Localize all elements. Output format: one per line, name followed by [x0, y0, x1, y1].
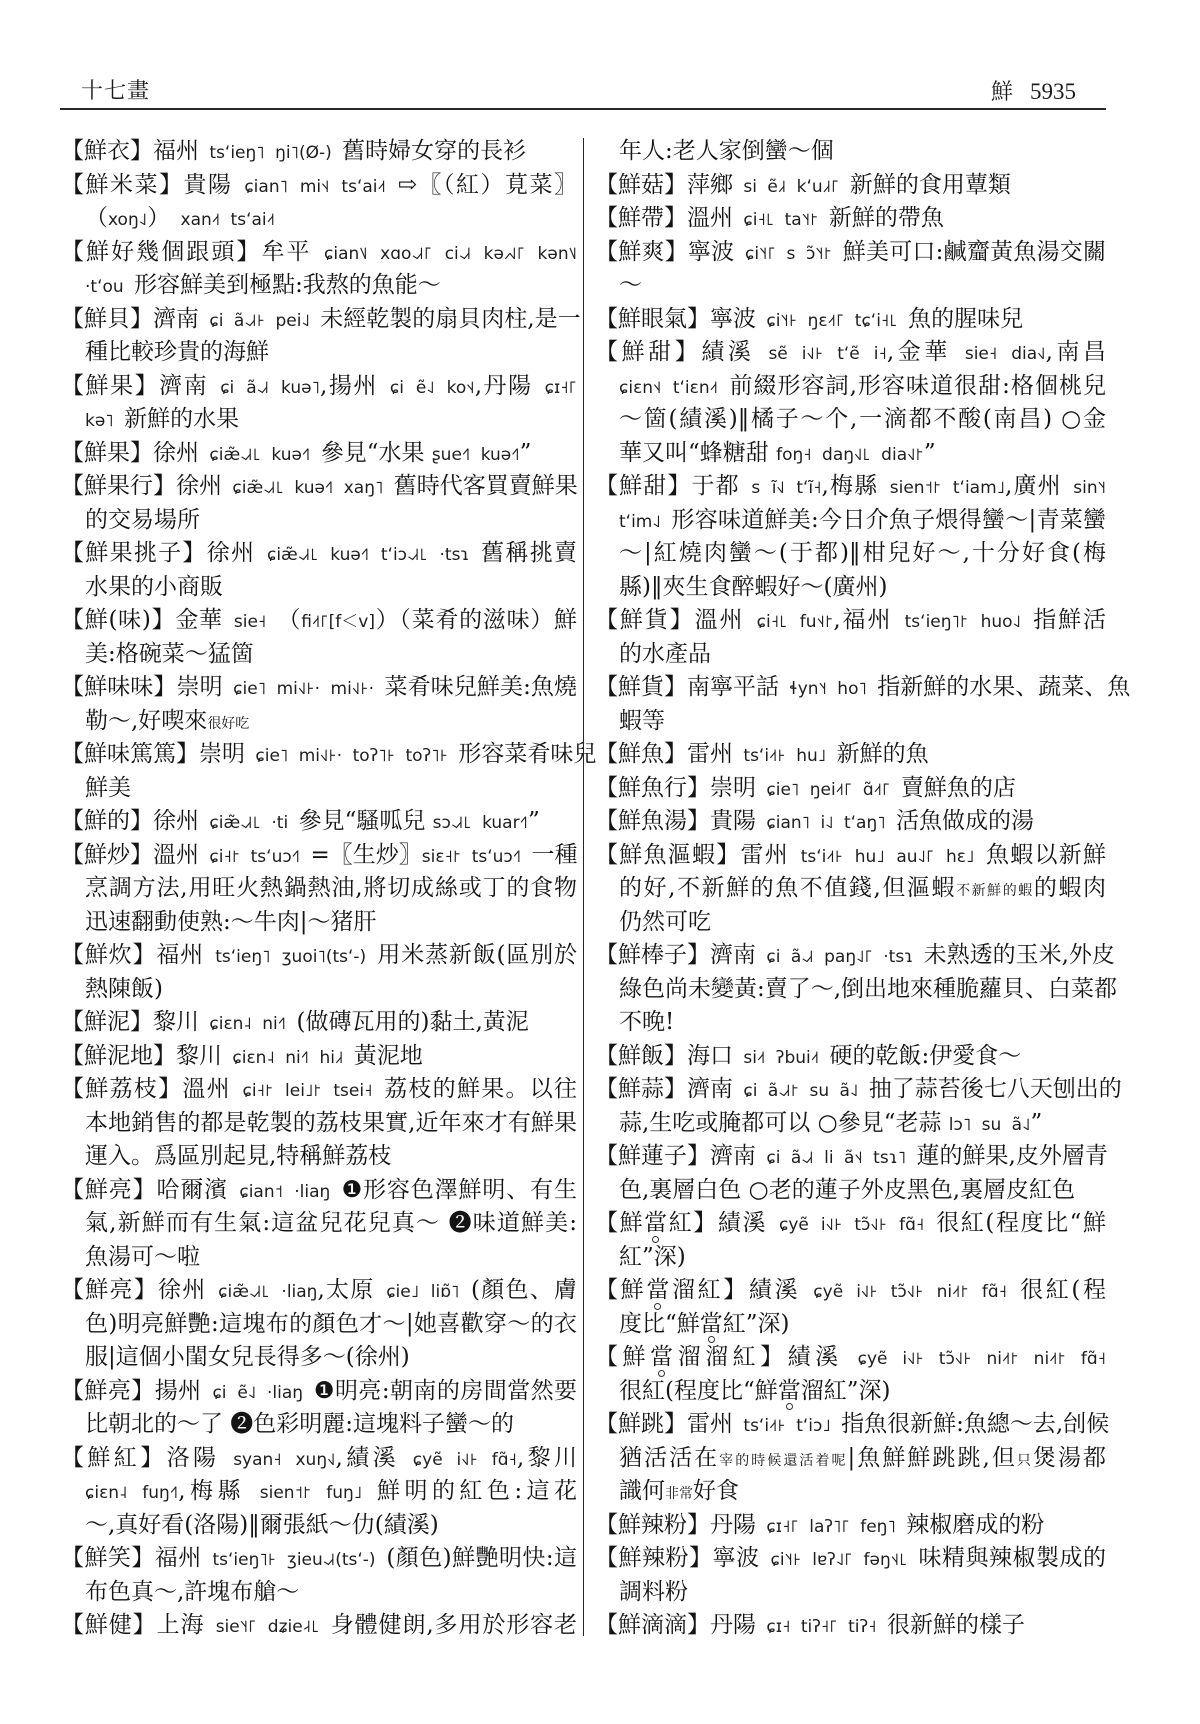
headword: 【鮮亮】	[61, 1277, 158, 1303]
headword: 【鮮	[595, 1344, 650, 1370]
entry-first-line: 【鮮笑】福州 tsʻieŋ˥꜔ ʒieu˨˩˧(tsʻ-) (顏色)鮮艷明快:這	[61, 1542, 577, 1576]
entry-continuation-line: ɕiɛn˦˨ tʻiɛn˨˦ 前綴形容詞,形容味道很甜:格個桃兒	[595, 370, 1106, 404]
phonetic-transcription: tsʻieŋ˥꜓ huo˨˩	[892, 612, 1033, 632]
definition-text: 荔枝的鮮果。以往	[384, 1076, 577, 1102]
headword: 【鮮荔枝】	[61, 1076, 182, 1102]
phonetic-transcription: sien˦꜓ tʻiam˩	[878, 478, 1005, 498]
definition-text: 抽了蒜苔後七八天刨出的	[869, 1076, 1122, 1102]
header-rule	[60, 108, 1106, 110]
entry-continuation-line: 色,裏層白色 ○老的蓮子外皮黑色,裏層皮紅色	[595, 1174, 1106, 1208]
entry-continuation-line: 運入。爲區別起見,特稱鮮荔枝	[61, 1140, 577, 1174]
dialect-location: 績溪	[701, 339, 754, 365]
dialect-location: 金華	[894, 339, 951, 365]
entry-first-line: 【鮮亮】揚州 ɕi ẽ˨˩ ·liaŋ ❶明亮:朝南的房間當然要	[61, 1375, 577, 1409]
column-divider	[583, 138, 584, 1636]
dialect-location: 黎川	[524, 1445, 577, 1471]
headword: 【鮮果】	[61, 373, 159, 399]
dialect-location: 萍鄉	[687, 172, 733, 198]
definition-text: 紅”深)	[619, 1244, 686, 1270]
phonetic-transcription: ɕiɛn˨ ni˧˥	[199, 1014, 297, 1034]
dialect-location: 梅縣	[186, 1478, 245, 1504]
definition-text: 的交易場所	[85, 507, 200, 533]
dialect-location: 貴陽	[183, 172, 232, 198]
headword: 【鮮甜】	[595, 473, 692, 499]
definition-text: 華又叫“蜂糖甜	[619, 440, 776, 466]
definition-text: ）（菜肴的滋味）鮮	[375, 607, 577, 633]
dialect-location: 海口	[687, 1043, 733, 1069]
dialect-location: 濟南	[710, 942, 756, 968]
dialect-location: 績溪	[343, 1445, 399, 1471]
page-number: 5935	[1030, 79, 1076, 104]
definition-text: ,	[475, 373, 482, 399]
headword: 【鮮爽】	[595, 239, 688, 265]
dialect-location: 寧波	[710, 306, 756, 332]
entry-continuation-line: 美:格碗菜～猛箇	[61, 638, 577, 672]
inline-gloss: 宰的時候還活着呢	[719, 1453, 847, 1469]
headword: 【鮮味篤篤】	[61, 741, 199, 767]
entry-first-line: 【鮮紅】洛陽 syan˧ xuŋ˧˩,績溪 ɕyẽ i˧˩꜔ fɑ̃˧,黎川	[61, 1442, 577, 1476]
definition-text: 指鮮活	[1033, 607, 1106, 633]
entry-continuation-line: 很紅(程度比“鮮當溜紅”深)	[595, 1375, 1106, 1409]
phonetic-transcription: ɕi ã˨˩˧꜔ pei˨˩	[199, 311, 320, 331]
definition-text: 很紅(程	[1020, 1277, 1106, 1303]
entry-first-line: 【鮮貨】南寧平話 ɬyn˥˧ ho˥ 指新鮮的水果、蔬菜、魚	[595, 671, 1106, 705]
definition-text: 運入。爲區別起見,特稱鮮荔枝	[85, 1143, 391, 1169]
entry-continuation-line: 仍然可吃	[595, 906, 1106, 940]
definition-text: (顏色、膚	[471, 1277, 577, 1303]
dialect-location: 溫州	[182, 1076, 231, 1102]
entry-first-line: 【鮮好幾個跟頭】牟平 ɕian˥˩ xɑo˨˩˧꜒ ci˨˩˧ kə˩˧˩꜒ k…	[61, 236, 577, 270]
definition-text: 度比“鮮	[619, 1311, 700, 1337]
dialect-location: 丹陽	[710, 1612, 756, 1638]
entry-continuation-line: 識何非常好食	[595, 1475, 1106, 1509]
dialect-location: 上海	[157, 1612, 205, 1638]
definition-text: 魚的腥味兒	[908, 306, 1023, 332]
dialect-location: 丹陽	[482, 373, 533, 399]
entry-first-line: 【鮮果行】徐州 ɕiæ̃˨˩˧꜖ kuə˧˥ xaŋ˥ 舊時代客買賣鮮果	[61, 470, 577, 504]
definition-text: 的蝦肉	[1034, 875, 1106, 901]
definition-text: 賣鮮魚的店	[901, 775, 1016, 801]
dialect-location: 寧波	[713, 1545, 760, 1571]
entry-continuation-line: 比朝北的～了 ❷色彩明麗:這塊料子蠻～的	[61, 1408, 577, 1442]
phonetic-transcription: ɕi ã˨˩˧ kuə˥	[208, 378, 320, 398]
definition-text: ～箇(績溪)‖橘子～个,一滴都不酸(南昌) ○金	[619, 406, 1106, 432]
entry-continuation-line: 華又叫“蜂糖甜 foŋ˧ daŋ˧˩꜖ dia˧˩꜓”	[595, 437, 1106, 471]
entry-first-line: 【鮮辣粉】丹陽 ɕɪ˧꜒ laʔ˥꜒ feŋ˥ 辣椒磨成的粉	[595, 1509, 1106, 1543]
headword: 【鮮亮】	[61, 1378, 155, 1404]
dialect-location: 梅縣	[829, 473, 878, 499]
phonetic-transcription: ɕiæ̃˨˩˧꜖ ·ti	[199, 813, 299, 833]
headword: 【鮮滴滴】	[595, 1612, 710, 1638]
phonetic-transcription: ·tʻou	[85, 277, 134, 297]
entry-first-line: 【鮮米菜】貴陽 ɕian˥ mi˦˨ tsʻai˨˦ ⇨〖（紅）莧菜〗	[61, 169, 577, 203]
headword: 【鮮辣粉】	[595, 1545, 713, 1571]
definition-text: 很新鮮的樣子	[887, 1612, 1025, 1638]
dialect-location: 丹陽	[710, 1512, 756, 1538]
circled-character: 當	[646, 1274, 669, 1308]
phonetic-transcription: ɬyn˥˧ ho˥	[779, 679, 877, 699]
phonetic-transcription: ɕiɛn˨ fuŋ˧˥	[85, 1483, 178, 1503]
dialect-location: 徐州	[153, 808, 199, 834]
definition-text: 仍然可吃	[619, 909, 711, 935]
headword: 【鮮貨】	[595, 607, 695, 633]
definition-text: ,	[178, 1478, 185, 1504]
headword: 【鮮健】	[61, 1612, 157, 1638]
dialect-location: 績溪	[749, 1277, 800, 1303]
entry-continuation-line: 本地銷售的都是乾製的荔枝果實,近年來才有鮮果	[61, 1107, 577, 1141]
dialect-location: 徐州	[153, 440, 199, 466]
definition-text: ”	[1030, 1110, 1042, 1136]
dialect-location: 雷州	[687, 1411, 733, 1437]
phonetic-transcription: ɕi ẽ˨˩ ·liaŋ	[202, 1383, 314, 1403]
inline-gloss: 只	[1017, 1453, 1033, 1469]
definition-text: ❶形容色澤鮮明、有生	[342, 1177, 577, 1203]
definition-text: 舊稱挑賣	[481, 540, 577, 566]
entry-continuation-line: 的水產品	[595, 638, 1106, 672]
phonetic-transcription: ɕɪ˧꜒ laʔ˥꜒ feŋ˥	[756, 1517, 906, 1537]
phonetic-transcription: sie˧	[223, 612, 278, 632]
headword: 【鮮辣粉】	[595, 1512, 710, 1538]
dialect-location: 廣州	[1012, 473, 1061, 499]
definition-text: 不晚!	[619, 1009, 674, 1035]
headword: 【鮮甜】	[595, 339, 701, 365]
dialect-location: 福州	[153, 138, 199, 164]
phonetic-transcription: ɕiæ̃˨˩˧꜖ kuə˧˥ tʻiɔ˨˩˧꜖ ·tsɿ	[255, 545, 481, 565]
entry-continuation-line: tʻim˨˩ 形容味道鮮美:今日介魚子煨得蠻～|青菜蠻	[595, 504, 1106, 538]
right-column: 年人:老人家倒蠻～個【鮮菇】萍鄉 si ẽ˩˧ kʻu˩˧꜒ 新鮮的食用蕈類【鮮…	[595, 135, 1106, 1643]
headword: 【鮮魚湯】	[595, 808, 710, 834]
definition-text: ～,真好看(洛陽)‖爾張紙～仂(績溪)	[85, 1512, 439, 1538]
definition-text: 未經乾製的扇貝肉柱,是一	[320, 306, 580, 332]
dialect-location: 徐州	[207, 540, 256, 566]
headword: 溜紅】	[669, 1277, 749, 1303]
definition-text: ,	[317, 1277, 324, 1303]
entry-first-line: 【鮮果】濟南 ɕi ã˨˩˧ kuə˥,揚州 ɕi ẽ˨˩ ko˦˨,丹陽 ɕɪ…	[61, 370, 577, 404]
definition-text: 色)明亮鮮艷:這塊布的顏色才～|她喜歡穿～的衣	[85, 1311, 577, 1337]
phonetic-transcription: ɕi˧꜓ lei˩꜓ tsei˧	[231, 1081, 384, 1101]
definition-text: 本地銷售的都是乾製的荔枝果實,近年來才有鮮果	[85, 1110, 577, 1136]
entry-continuation-line: kə˥ 新鮮的水果	[61, 403, 577, 437]
phonetic-transcription: ɕyẽ i˧˩꜔ tɔ̃˧˩꜔ ni˨˦꜓ ni˨˦꜓ fɑ̃˧	[843, 1349, 1106, 1369]
dialect-location: 哈爾濱	[156, 1177, 228, 1203]
phonetic-transcription: kə˥	[85, 411, 124, 431]
phonetic-transcription: ɕi ẽ˨˩ ko˦˨	[378, 378, 475, 398]
dialect-location: 溫州	[687, 205, 733, 231]
entry-continuation-line: 服|這個小閨女兒長得多～(徐州)	[61, 1341, 577, 1375]
definition-text: 很紅(程度比“鮮	[936, 1210, 1106, 1236]
phonetic-transcription: ɕian˥ i˨˩ tʻaŋ˥	[756, 813, 896, 833]
definition-text: 綠色尚未變黃:賣了～,倒出地來種脆蘿貝、白菜都	[619, 976, 1117, 1002]
definition-text: 前綴形容詞,形容味道很甜:格個桃兒	[729, 373, 1106, 399]
phonetic-transcription: ɕi˥˧꜔ ŋɛ˨˦꜒ tɕʻi˧꜖	[756, 311, 908, 331]
entry-first-line: 【鮮帶】溫州 ɕi˧꜖ ta˥˧꜓ 新鮮的帶魚	[595, 202, 1106, 236]
headword: 【鮮魚】	[595, 741, 687, 767]
phonetic-transcription: tsʻieŋ˥꜔ ʒieu˨˩˧(tsʻ-)	[202, 1550, 387, 1570]
entry-continuation-line: 猶活活在宰的時候還活着呢|魚鮮鮮跳跳,但只煲湯都	[595, 1442, 1106, 1476]
phonetic-transcription: sien˦꜓ fuŋ˩	[245, 1483, 377, 1503]
definition-text: 形容鮮美到極點:我熬的魚能～	[134, 272, 441, 298]
headword: 【鮮果挑子】	[61, 540, 207, 566]
entry-first-line: 【鮮果挑子】徐州 ɕiæ̃˨˩˧꜖ kuə˧˥ tʻiɔ˨˩˧꜖ ·tsɿ 舊稱…	[61, 537, 577, 571]
phonetic-transcription: ɕi˥˧꜔ lɐʔ˨˩꜒ fəŋ˦˨꜖	[760, 1550, 919, 1570]
definition-text: 新鮮的食用蕈類	[850, 172, 1011, 198]
phonetic-transcription: foŋ˧ daŋ˧˩꜖ dia˧˩꜓	[776, 445, 924, 465]
entry-first-line: 【鮮味味】崇明 ɕie˥ mi˧˩꜔· mi˧˩꜔· 菜肴味兒鮮美:魚燒	[61, 671, 577, 705]
dialect-location: 黎川	[176, 1043, 222, 1069]
running-head-right: 鮮5935	[991, 79, 1076, 105]
definition-text: 美:格碗菜～猛箇	[85, 641, 254, 667]
entry-first-line: 【鮮蒜】濟南 ɕi ã˨˩˧꜓ su ã˨˩ 抽了蒜苔後七八天刨出的	[595, 1073, 1106, 1107]
entry-first-line: 【鮮貨】溫州 ɕi˧꜖ fu˦˨꜓,福州 tsʻieŋ˥꜓ huo˨˩ 指鮮活	[595, 604, 1106, 638]
definition-text: 溜紅”深)	[801, 1378, 891, 1404]
entry-continuation-line: 縣)‖夾生食醉蝦好～(廣州)	[595, 571, 1106, 605]
dialect-location: 牟平	[261, 239, 311, 265]
phonetic-transcription: xoŋ˨˩	[108, 210, 147, 230]
entry-first-line: 【鮮辣粉】寧波 ɕi˥˧꜔ lɐʔ˨˩꜒ fəŋ˦˨꜖ 味精與辣椒製成的	[595, 1542, 1106, 1576]
entry-first-line: 【鮮健】上海 sie˥˧꜒ dʑie˨˧꜖ 身體健朗,多用於形容老	[61, 1609, 577, 1643]
phonetic-transcription: ɕiɛn˨ ni˧˥ hi˩˧	[222, 1048, 354, 1068]
phonetic-transcription: sɔ˨˩˧꜖ kuar˧˥	[433, 813, 528, 833]
entry-first-line: 【鮮甜】于都 s ĩ˧˩ tʻĩ˧,梅縣 sien˦꜓ tʻiam˩,廣州 si…	[595, 470, 1106, 504]
phonetic-transcription: ɕian˥˩ xɑo˨˩˧꜒ ci˨˩˧ kə˩˧˩꜒ kən˥˩	[312, 244, 577, 264]
definition-text: 形容味道鮮美:今日介魚子煨得蠻～|青菜蠻	[671, 507, 1106, 533]
dialect-location: 濟南	[687, 1076, 733, 1102]
entry-first-line: 【鮮滴滴】丹陽 ɕɪ˧ tiʔ˧꜒ tiʔ˧ 很新鮮的樣子	[595, 1609, 1106, 1643]
headword: 【鮮菇】	[595, 172, 687, 198]
phonetic-transcription: syan˧ xuŋ˧˩	[219, 1450, 335, 1470]
headword: 【鮮貨】	[595, 674, 687, 700]
phonetic-transcription: ɕi˧꜖ fu˦˨꜓	[744, 612, 833, 632]
definition-text: 蓮的鮮果,皮外層青	[917, 1143, 1108, 1169]
entry-continuation-line: 魚湯可～啦	[61, 1241, 577, 1275]
definition-text: 硬的乾飯:伊愛食～	[830, 1043, 1022, 1069]
dialect-location: 雷州	[687, 741, 733, 767]
dialect-location: 福州	[156, 942, 204, 968]
definition-text: 色,裏層白色 ○老的蓮子外皮黑色,裏層皮紅色	[619, 1177, 1075, 1203]
definition-text: ～	[619, 272, 642, 298]
definition-text: 黃泥地	[354, 1043, 423, 1069]
dialect-location: 寧波	[688, 239, 734, 265]
phonetic-transcription: s ĩ˧˩ tʻĩ˧	[740, 478, 822, 498]
definition-text: 參見“水果	[321, 440, 432, 466]
entry-continuation-line: 度比“鮮當紅”深)	[595, 1308, 1106, 1342]
entry-first-line: 【鮮魚漚蝦】雷州 tsʻi˨˦꜔ hu˩ au˨˩꜒ hɛ˩ 魚蝦以新鮮	[595, 839, 1106, 873]
dialect-location: 黎川	[153, 1009, 199, 1035]
inline-gloss: 不新鮮的蝦	[956, 883, 1034, 899]
definition-text: |魚鮮鮮跳跳,但	[848, 1445, 1017, 1471]
phonetic-transcription: tsʻi˨˦꜔ tʻiɔ˩	[733, 1416, 841, 1436]
entry-first-line: 【鮮的】徐州 ɕiæ̃˨˩˧꜖ ·ti 參見“騷呱兒 sɔ˨˩˧꜖ kuar˧˥…	[61, 805, 577, 839]
headword: 【鮮貝】	[61, 306, 153, 332]
definition-text: 的好,不新鮮的魚不值錢,但漚蝦	[619, 875, 956, 901]
dialect-location: 貴陽	[710, 808, 756, 834]
phonetic-transcription: sie˥˧꜒ dʑie˨˧꜖	[204, 1617, 330, 1637]
phonetic-transcription: siɛ˧꜓ tsʻuɔ˧˥	[422, 847, 532, 867]
phonetic-transcription: ɕyẽ i˧˩꜔ fɑ̃˧	[399, 1450, 517, 1470]
entry-continuation-line: 氣,新鮮而有生氣:這盆兒花兒真～ ❷味道鮮美:	[61, 1207, 577, 1241]
phonetic-transcription: ʂue˧˥ kuə˧˥	[432, 445, 520, 465]
phonetic-transcription: ɕi˧꜓ tsʻuɔ˧˥	[199, 847, 310, 867]
dialect-location: 績溪	[718, 1210, 767, 1236]
entry-continuation-line: 年人:老人家倒蠻～個	[595, 135, 1106, 169]
dialect-location: 濟南	[159, 373, 208, 399]
circled-character: 當	[778, 1375, 801, 1409]
headword: 【鮮炊】	[61, 942, 156, 968]
definition-text: 指魚很新鮮:魚總～去,刣候	[841, 1411, 1109, 1437]
dialect-location: 南昌	[1053, 339, 1106, 365]
definition-text: 鮮美可口:鹹齏黃魚湯交關	[843, 239, 1106, 265]
entry-continuation-line: 綠色尚未變黃:賣了～,倒出地來種脆蘿貝、白菜都	[595, 973, 1106, 1007]
definition-text: ）	[147, 205, 170, 231]
dialect-location: 濟南	[153, 306, 199, 332]
dialect-location: 濟南	[710, 1143, 756, 1169]
definition-text: 參見“騷呱兒	[299, 808, 433, 834]
definition-text: (顏色)鮮艷明快:這	[386, 1545, 577, 1571]
definition-text: 鮮明的紅色:這花	[377, 1478, 577, 1504]
phonetic-transcription: lɔ˥ su ã˨˩	[949, 1115, 1031, 1135]
inline-gloss: 非常	[665, 1486, 693, 1502]
definition-text: 味精與辣椒製成的	[918, 1545, 1106, 1571]
definition-text: 氣,新鮮而有生氣:這盆兒花兒真～ ❷味道鮮美:	[85, 1210, 577, 1236]
headword: 【鮮果行】	[61, 473, 176, 499]
entry-first-line: 【鮮當溜紅】績溪 ɕyẽ i˧˩꜔ tɔ̃˧˩꜔ ni˨˦꜓ fɑ̃˧ 很紅(程	[595, 1274, 1106, 1308]
phonetic-transcription: si˨˦ ʔbui˨˦	[733, 1048, 830, 1068]
entry-continuation-line: 種比較珍貴的海鮮	[61, 336, 577, 370]
entry-continuation-line: 迅速翻動使熟:～牛肉|～猪肝	[61, 906, 577, 940]
phonetic-transcription: ɕie˥ ŋei˨˦꜒ ɑ̃˨˦꜒	[756, 780, 901, 800]
headword: 【鮮米菜】	[61, 172, 183, 198]
definition-text: (做磚瓦用的)黏土,黃泥	[297, 1009, 529, 1035]
definition-text: 調料粉	[619, 1579, 688, 1605]
stroke-count-section-label: 十七畫	[81, 79, 150, 105]
dialect-location: 崇明	[199, 741, 245, 767]
definition-text: 魚蝦以新鮮	[986, 842, 1106, 868]
entry-continuation-line: ～|紅燒肉蠻～(于都)‖柑兒好～,十分好食(梅	[595, 537, 1106, 571]
definition-text: 熱陳飯)	[85, 976, 163, 1002]
entry-first-line: 【鮮味篤篤】崇明 ɕie˥ mi˧˩꜔· toʔ˥꜔ toʔ˥꜔ 形容菜肴味兒	[61, 738, 577, 772]
headword: 【鮮	[595, 1277, 646, 1303]
dialect-location: 南寧平話	[687, 674, 779, 700]
definition-text: 舊時代客買賣鮮果	[394, 473, 578, 499]
entry-continuation-line: ～	[595, 269, 1106, 303]
definition-text: 勒～,好喫來	[85, 708, 207, 734]
entry-first-line: 【鮮貝】濟南 ɕi ã˨˩˧꜔ pei˨˩ 未經乾製的扇貝肉柱,是一	[61, 303, 577, 337]
definition-text: 的水產品	[619, 641, 711, 667]
dialect-location: 福州	[155, 1545, 202, 1571]
definition-text: ,	[335, 1445, 342, 1471]
definition-text: 紅”深)	[723, 1311, 790, 1337]
entry-first-line: 【鮮眼氣】寧波 ɕi˥˧꜔ ŋɛ˨˦꜒ tɕʻi˧꜖ 魚的腥味兒	[595, 303, 1106, 337]
dialect-location: 徐州	[158, 1277, 207, 1303]
definition-text: 服|這個小閨女兒長得多～(徐州)	[85, 1344, 410, 1370]
definition-text: 煲湯都	[1033, 1445, 1106, 1471]
definition-text: ～|紅燒肉蠻～(于都)‖柑兒好～,十分好食(梅	[619, 540, 1106, 566]
headword: 【鮮(味)】	[61, 607, 175, 633]
definition-text: 蒜,生吃或腌都可以 ○參見“老蒜	[619, 1110, 949, 1136]
entry-first-line: 【鮮炒】溫州 ɕi˧꜓ tsʻuɔ˧˥ =〖生炒〗siɛ˧꜓ tsʻuɔ˧˥ 一…	[61, 839, 577, 873]
left-column: 【鮮衣】福州 tsʻieŋ˥ ŋi˥(Ø-) 舊時婦女穿的長衫【鮮米菜】貴陽 ɕ…	[61, 135, 577, 1643]
phonetic-transcription: si ẽ˩˧ kʻu˩˧꜒	[733, 177, 850, 197]
phonetic-transcription: ɕian˥ mi˦˨ tsʻai˨˦	[232, 177, 397, 197]
definition-text: 辣椒磨成的粉	[906, 1512, 1044, 1538]
entry-continuation-line: 的交易場所	[61, 504, 577, 538]
headword: 【鮮眼氣】	[595, 306, 710, 332]
entry-first-line: 【鮮棒子】濟南 ɕi ã˨˩˧ paŋ˨˩꜒ ·tsɿ 未熟透的玉米,外皮	[595, 939, 1106, 973]
entry-continuation-line: 勒～,好喫來很好吃	[61, 705, 577, 739]
entry-continuation-line: 蒜,生吃或腌都可以 ○參見“老蒜 lɔ˥ su ã˨˩”	[595, 1107, 1106, 1141]
entry-continuation-line: 紅”深)	[595, 1241, 1106, 1275]
phonetic-transcription: fi˨˦꜒[f＜v]	[301, 612, 375, 632]
entry-first-line: 【鮮果】徐州 ɕiæ̃˨˩˧꜖ kuə˧˥ 參見“水果 ʂue˧˥ kuə˧˥”	[61, 437, 577, 471]
headword: 【鮮泥地】	[61, 1043, 176, 1069]
headword: 【鮮果】	[61, 440, 153, 466]
definition-text: 年人:老人家倒蠻～個	[619, 138, 834, 164]
entry-continuation-line: 布色真～,許塊布艙～	[61, 1576, 577, 1610]
dialect-location: 太原	[325, 1277, 375, 1303]
definition-text: 形容菜肴味兒	[458, 741, 596, 767]
definition-text: 比朝北的～了 ❷色彩明麗:這塊料子蠻～的	[85, 1411, 514, 1437]
dialect-location: 溫州	[695, 607, 745, 633]
entry-first-line: 【鮮魚湯】貴陽 ɕian˥ i˨˩ tʻaŋ˥ 活魚做成的湯	[595, 805, 1106, 839]
phonetic-transcription: tsʻieŋ˥ ŋi˥(Ø-)	[199, 143, 342, 163]
entry-first-line: 【鮮跳】雷州 tsʻi˨˦꜔ tʻiɔ˩ 指魚很新鮮:魚總～去,刣候	[595, 1408, 1106, 1442]
entry-first-line: 【鮮泥】黎川 ɕiɛn˨ ni˧˥ (做磚瓦用的)黏土,黃泥	[61, 1006, 577, 1040]
phonetic-transcription: ɕyẽ i˧˩꜔ tɔ̃˧˩꜔ fɑ̃˧	[767, 1215, 936, 1235]
entry-continuation-line: （xoŋ˨˩） xan˨˦ tsʻai˨˦	[61, 202, 577, 236]
entry-first-line: 【鮮甜】績溪 sẽ i˧˩꜔ tʻẽ i˧,金華 sie˧ dia˧˩,南昌	[595, 336, 1106, 370]
entry-continuation-line: 蝦等	[595, 705, 1106, 739]
definition-text: 迅速翻動使熟:～牛肉|～猪肝	[85, 909, 377, 935]
entry-first-line: 【鮮荔枝】溫州 ɕi˧꜓ lei˩꜓ tsei˧ 荔枝的鮮果。以往	[61, 1073, 577, 1107]
entry-continuation-line: 調料粉	[595, 1576, 1106, 1610]
circled-character: 當	[644, 1207, 667, 1241]
headword: 【鮮的】	[61, 808, 153, 834]
headword: 【鮮	[595, 1210, 644, 1236]
definition-text: 好食	[693, 1478, 739, 1504]
phonetic-transcription: sie˧ dia˧˩	[951, 344, 1046, 364]
definition-text: =〖生炒〗	[310, 842, 421, 868]
definition-text: （	[277, 607, 301, 633]
headword: 【鮮好幾個跟頭】	[61, 239, 261, 265]
headword: 【鮮飯】	[595, 1043, 687, 1069]
phonetic-transcription: ɕyẽ i˧˩꜔ tɔ̃˧˩꜔ ni˨˦꜓ fɑ̃˧	[800, 1282, 1020, 1302]
entry-first-line: 【鮮(味)】金華 sie˧ （fi˨˦꜒[f＜v]）（菜肴的滋味）鮮	[61, 604, 577, 638]
headword: 【鮮亮】	[61, 1177, 156, 1203]
definition-text: ,	[1046, 339, 1053, 365]
headword: 【鮮棒子】	[595, 942, 710, 968]
definition-text: ”	[520, 440, 532, 466]
definition-text: 猶活活在	[619, 1445, 719, 1471]
definition-text: 未熟透的玉米,外皮	[924, 942, 1115, 968]
headword: 【鮮炒】	[61, 842, 153, 868]
entry-first-line: 【鮮菇】萍鄉 si ẽ˩˧ kʻu˩˧꜒ 新鮮的食用蕈類	[595, 169, 1106, 203]
phonetic-transcription: ɕie˥ mi˧˩꜔· mi˧˩꜔·	[223, 679, 385, 699]
dialect-location: 金華	[175, 607, 222, 633]
phonetic-transcription: ɕie˩ liɒ̃˥	[375, 1282, 472, 1302]
dialect-location: 福州	[841, 607, 893, 633]
definition-text: 用米蒸新飯(區別於	[377, 942, 577, 968]
entry-continuation-line: 水果的小商販	[61, 571, 577, 605]
headword: 【鮮魚行】	[595, 775, 710, 801]
entry-first-line: 【鮮亮】徐州 ɕiæ̃˨˩˧꜖ ·liaŋ,太原 ɕie˩ liɒ̃˥ (顏色、…	[61, 1274, 577, 1308]
entry-first-line: 【鮮衣】福州 tsʻieŋ˥ ŋi˥(Ø-) 舊時婦女穿的長衫	[61, 135, 577, 169]
entry-continuation-line: ～箇(績溪)‖橘子～个,一滴都不酸(南昌) ○金	[595, 403, 1106, 437]
phonetic-transcription: sẽ i˧˩꜔ tʻẽ i˧	[754, 344, 886, 364]
phonetic-transcription: ɕi ã˨˩˧ paŋ˨˩꜒ ·tsɿ	[756, 947, 924, 967]
dialect-location: 崇明	[710, 775, 756, 801]
entry-continuation-line: 熱陳飯)	[61, 973, 577, 1007]
headword: 【鮮紅】	[61, 1445, 167, 1471]
